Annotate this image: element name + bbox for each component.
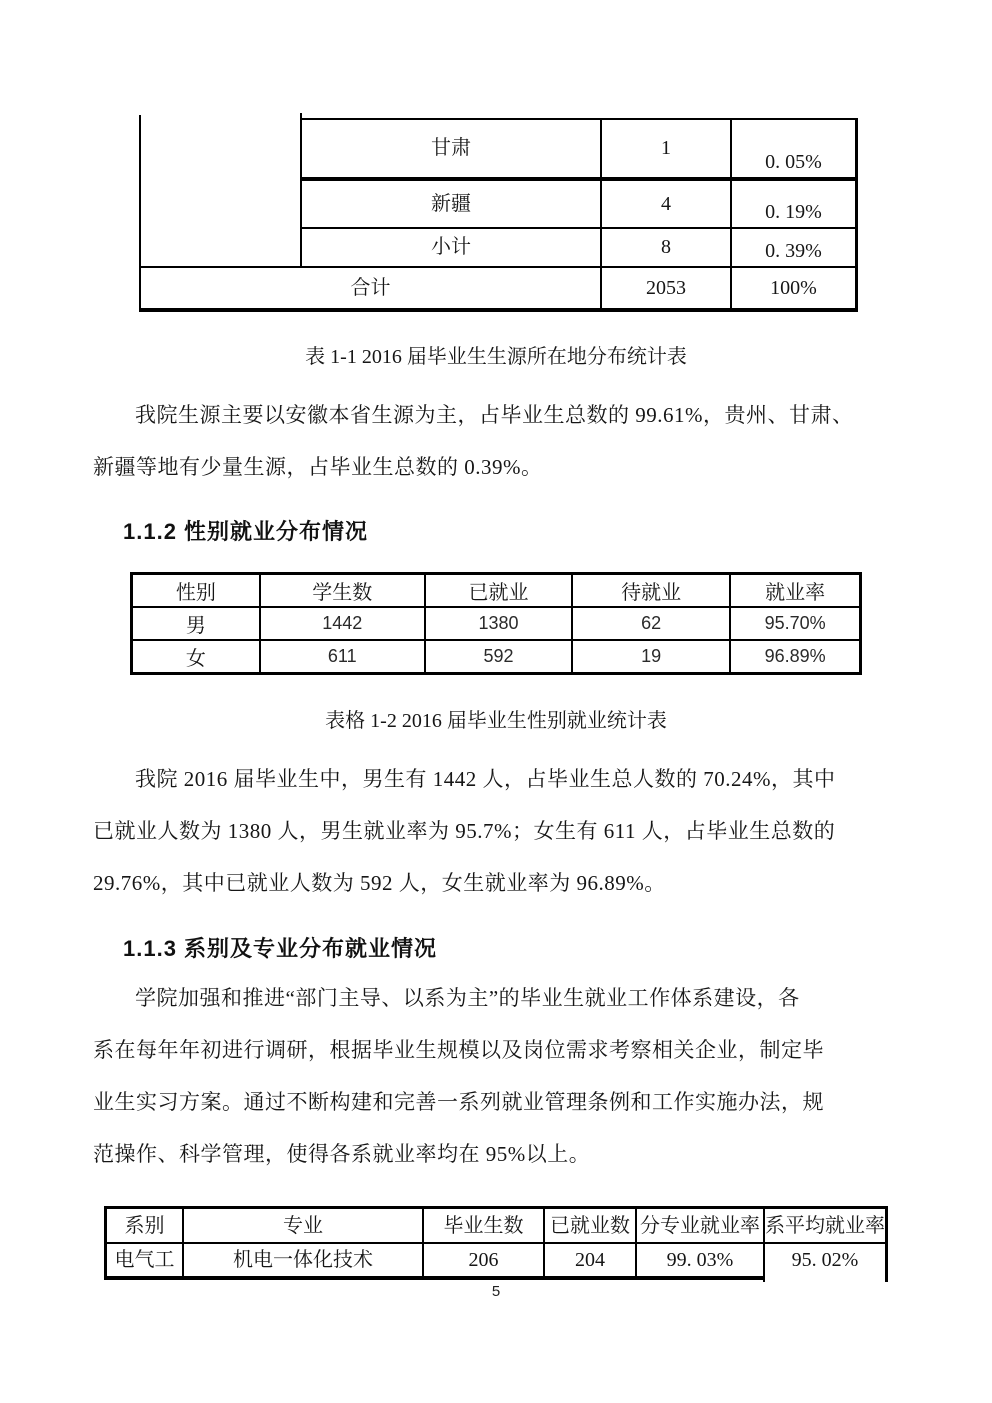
major-cell: 机电一体化技术 bbox=[184, 1244, 422, 1276]
rate-cell: 96.89% bbox=[730, 640, 860, 674]
paragraph-gender-line: 我院 2016 届毕业生中，男生有 1442 人，占毕业生总人数的 70.24%… bbox=[93, 766, 992, 792]
paragraph-dept-line: 范操作、科学管理，使得各系就业率均在 95%以上。 bbox=[93, 1141, 953, 1167]
origin-percent: 0. 19% bbox=[732, 180, 855, 226]
pending-cell: 19 bbox=[572, 640, 730, 674]
paragraph-dept-line: 业生实习方案。通过不断构建和完善一系列就业管理条例和工作实施办法，规 bbox=[93, 1089, 953, 1115]
gender-header: 学生数 bbox=[260, 574, 425, 608]
origin-total-percent: 100% bbox=[732, 268, 855, 308]
paragraph-dept-line: 系在每年年初进行调研，根据毕业生规模以及岗位需求考察相关企业，制定毕 bbox=[93, 1037, 953, 1063]
origin-total-count: 2053 bbox=[602, 268, 730, 308]
gender-table-row: 女 611 592 19 96.89% bbox=[132, 640, 861, 674]
employed-cell: 592 bbox=[425, 640, 572, 674]
origin-region: 甘肃 bbox=[302, 120, 600, 176]
table-caption-1-2: 表格 1-2 2016 届毕业生性别就业统计表 bbox=[93, 704, 899, 733]
graduates-cell: 206 bbox=[424, 1244, 543, 1276]
gender-table-row: 男 1442 1380 62 95.70% bbox=[132, 607, 861, 640]
gender-table: 性别 学生数 已就业 待就业 就业率 男 1442 1380 62 95.70%… bbox=[130, 572, 862, 675]
rate-cell: 95.70% bbox=[730, 607, 860, 640]
gender-header: 待就业 bbox=[572, 574, 730, 608]
dept-header: 专业 bbox=[184, 1209, 422, 1242]
border bbox=[855, 118, 858, 312]
dept-header: 系平均就业率 bbox=[765, 1209, 885, 1242]
origin-percent: 0. 39% bbox=[732, 227, 855, 265]
gender-table-header-row: 性别 学生数 已就业 待就业 就业率 bbox=[132, 574, 861, 608]
document-page: 甘肃 1 0. 05% 新疆 4 0. 19% 小计 8 0. 39% 合计 2… bbox=[0, 0, 992, 1403]
employed-cell: 1380 bbox=[425, 607, 572, 640]
pending-cell: 62 bbox=[572, 607, 730, 640]
paragraph-origin-line: 新疆等地有少量生源，占毕业生总数的 0.39%。 bbox=[93, 454, 953, 480]
employed-cell: 204 bbox=[545, 1244, 635, 1276]
border bbox=[885, 1206, 888, 1282]
origin-count: 8 bbox=[602, 229, 730, 265]
origin-total-label: 合计 bbox=[141, 268, 600, 308]
heading-1-1-2: 1.1.2 性别就业分布情况 bbox=[93, 518, 368, 545]
students-cell: 611 bbox=[260, 640, 425, 674]
origin-region: 新疆 bbox=[302, 182, 600, 226]
origin-percent: 0. 05% bbox=[732, 120, 855, 176]
major-rate-cell: 99. 03% bbox=[637, 1244, 763, 1276]
origin-count: 4 bbox=[602, 182, 730, 226]
border bbox=[139, 308, 858, 312]
dept-avg-rate-cell: 95. 02% bbox=[765, 1244, 885, 1276]
paragraph-gender-line: 29.76%，其中已就业人数为 592 人，女生就业率为 96.89%。 bbox=[93, 870, 953, 896]
paragraph-gender-line: 已就业人数为 1380 人，男生就业率为 95.7%；女生有 611 人，占毕业… bbox=[93, 818, 953, 844]
table-caption-1-1: 表 1-1 2016 届毕业生生源所在地分布统计表 bbox=[93, 340, 899, 369]
students-cell: 1442 bbox=[260, 607, 425, 640]
dept-header: 已就业数 bbox=[545, 1209, 635, 1242]
border bbox=[104, 1276, 765, 1280]
dept-header: 毕业生数 bbox=[424, 1209, 543, 1242]
origin-count: 1 bbox=[602, 120, 730, 176]
paragraph-origin-line: 我院生源主要以安徽本省生源为主，占毕业生总数的 99.61%，贵州、甘肃、 bbox=[93, 402, 992, 428]
gender-header: 就业率 bbox=[730, 574, 860, 608]
paragraph-dept-line: 学院加强和推进“部门主导、以系为主”的毕业生就业工作体系建设，各 bbox=[93, 985, 992, 1011]
heading-1-1-3: 1.1.3 系别及专业分布就业情况 bbox=[93, 935, 437, 962]
dept-name-cell: 电气工 bbox=[107, 1244, 182, 1276]
gender-header: 性别 bbox=[132, 574, 260, 608]
gender-cell: 女 bbox=[132, 640, 260, 674]
dept-header: 系别 bbox=[107, 1209, 182, 1242]
gender-cell: 男 bbox=[132, 607, 260, 640]
dept-header: 分专业就业率 bbox=[637, 1209, 763, 1242]
page-number: 5 bbox=[450, 1283, 542, 1300]
gender-header: 已就业 bbox=[425, 574, 572, 608]
origin-region: 小计 bbox=[302, 229, 600, 265]
